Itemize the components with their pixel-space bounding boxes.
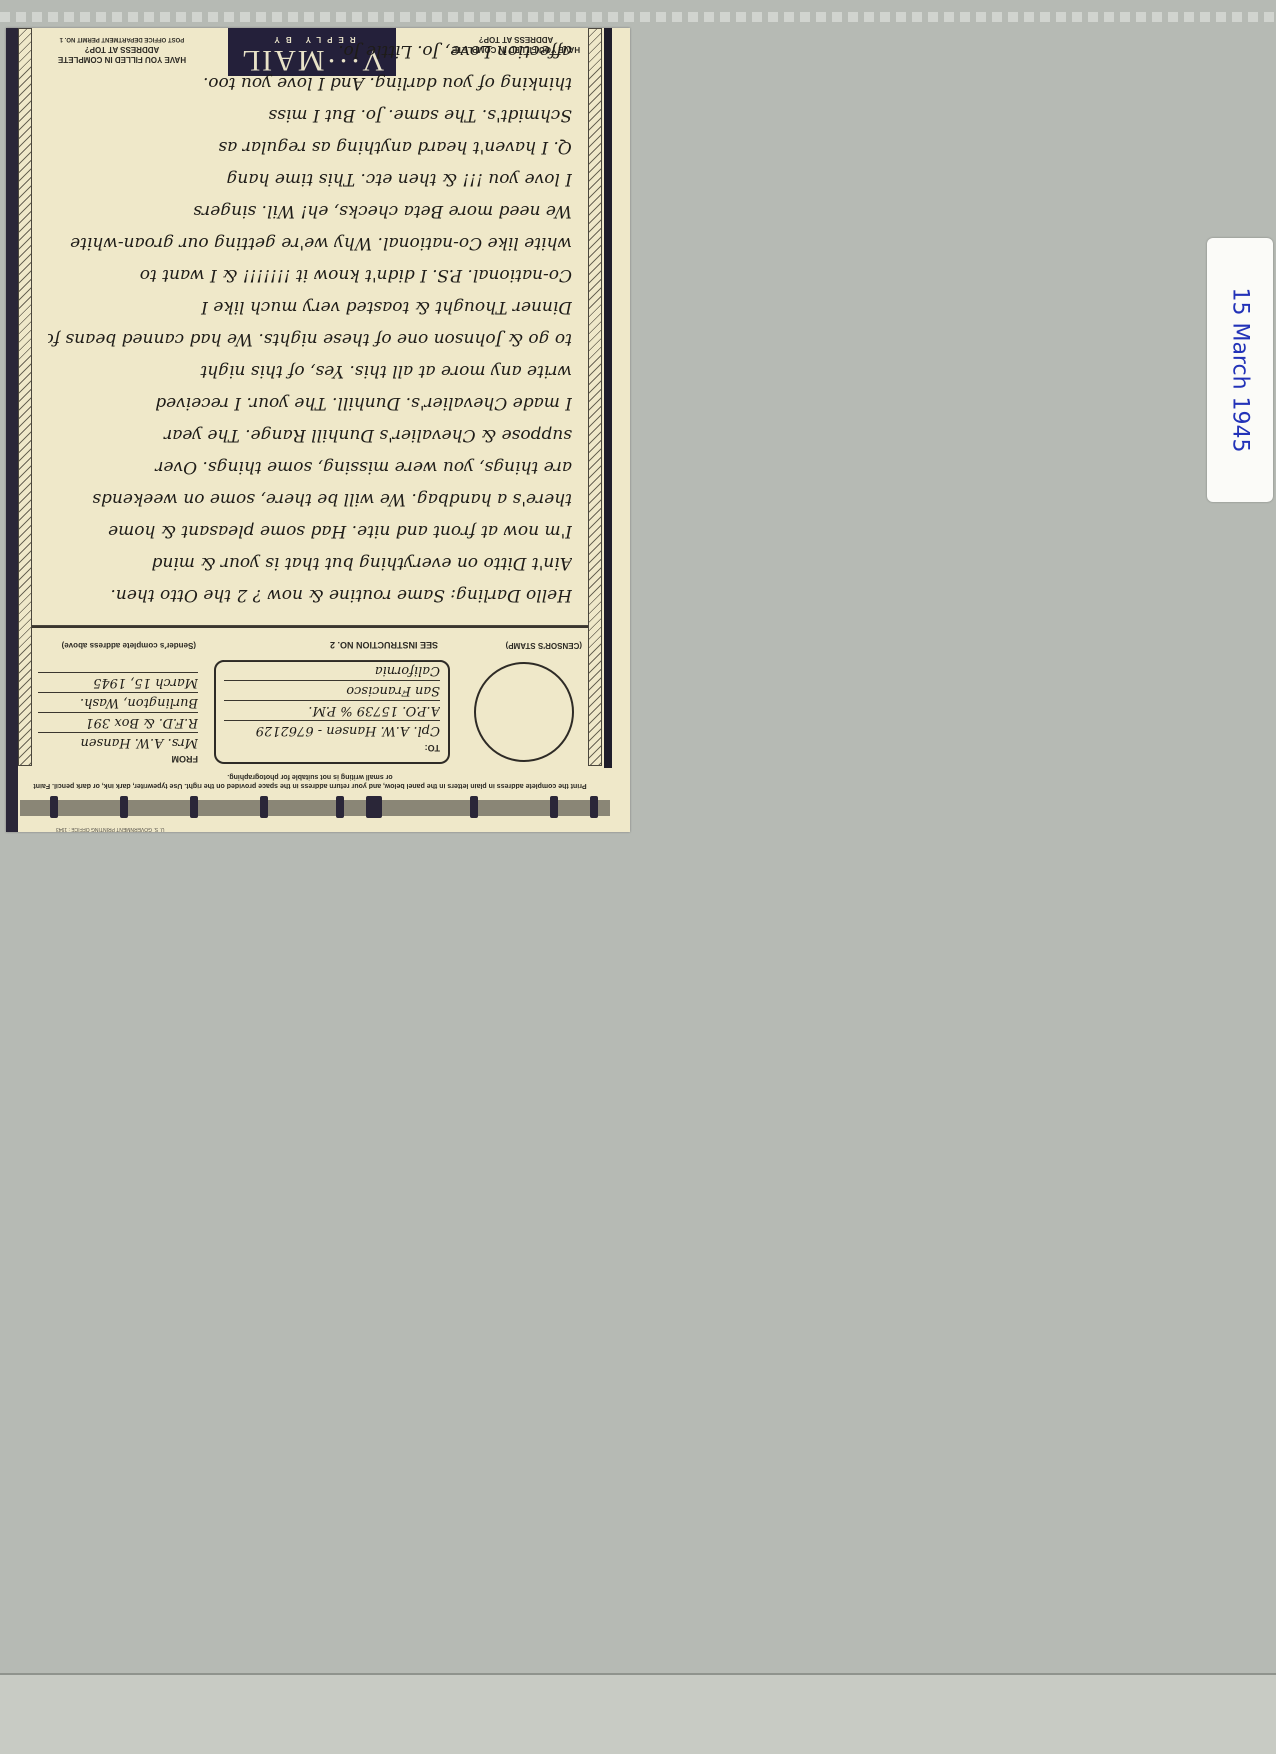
handwritten-line: We need more Beta checks, eh! Wil. singe…: [48, 195, 572, 227]
handwritten-line: Dinner Thought & toasted very much like …: [48, 291, 572, 323]
handwritten-line: affection Love, Jo. Little Jo.: [48, 35, 572, 67]
sender-line: Mrs. A.W. Hansen: [38, 732, 198, 752]
film-edge-left: [6, 28, 18, 832]
film-mark: [366, 796, 382, 818]
handwritten-line: I'm now at front and nite. Had some plea…: [48, 515, 572, 547]
handwritten-line: suppose & Chevalier's Dunhill Range. The…: [48, 419, 572, 451]
sender-address: FROM Mrs. A.W. Hansen R.F.D. & Box 391 B…: [38, 672, 198, 764]
handwritten-line: write any more at all this. Yes, of this…: [48, 355, 572, 387]
recipient-address-box: TO: Cpl. A.W. Hansen - 6762129 A.P.O. 15…: [214, 660, 450, 764]
hatched-border-left: [18, 28, 32, 766]
handwritten-date: 15 March 1945: [1228, 287, 1253, 452]
handwritten-body: Hello Darling: Same routine & now ? 2 th…: [32, 86, 588, 626]
recipient-line: California: [224, 660, 440, 680]
vmail-letter: HAVE YOU FILLED IN COMPLETE ADDRESS AT T…: [6, 28, 630, 832]
recipient-line: Cpl. A.W. Hansen - 6762129: [224, 720, 440, 740]
film-mark: [120, 796, 128, 818]
censor-stamp-circle: [474, 662, 574, 762]
to-label: TO:: [425, 743, 440, 753]
date-sticky-note: 15 March 1945: [1207, 238, 1273, 502]
sender-line: Burlington, Wash.: [38, 692, 198, 712]
sender-line: March 15, 1945: [38, 672, 198, 692]
film-edge-right: [604, 28, 612, 768]
handwritten-line: to go & Johnson one of these nights. We …: [48, 323, 572, 355]
see-instruction-label: SEE INSTRUCTION NO. 2: [330, 640, 438, 650]
handwritten-line: Schmidt's. The same. Jo. But I miss: [48, 99, 572, 131]
hatched-border-right: [588, 28, 602, 766]
censor-stamp-label: (CENSOR'S STAMP): [506, 641, 582, 650]
printing-office-line: U. S. GOVERNMENT PRINTING OFFICE : 1943: [56, 826, 165, 832]
film-mark: [550, 796, 558, 818]
film-mark: [50, 796, 58, 818]
film-mark: [336, 796, 344, 818]
handwritten-line: Ain't Ditto on everything but that is yo…: [48, 547, 572, 579]
printing-instructions: Print the complete address in plain lett…: [32, 768, 588, 790]
film-mark: [260, 796, 268, 818]
from-label: FROM: [38, 754, 198, 764]
address-panel: (CENSOR'S STAMP) TO: Cpl. A.W. Hansen - …: [32, 626, 588, 768]
sender-note: (Sender's complete address above): [62, 641, 196, 650]
film-mark: [470, 796, 478, 818]
handwritten-line: Hello Darling: Same routine & now ? 2 th…: [48, 579, 572, 611]
sheet-protector-perforation: [0, 12, 1276, 22]
scanner-bed-lower-area: [0, 1673, 1276, 1754]
handwritten-line: I love you !!! & then etc. This time han…: [48, 163, 572, 195]
recipient-line: A.P.O. 15739 % P.M.: [224, 700, 440, 720]
film-mark: [590, 796, 598, 818]
film-mark: [190, 796, 198, 818]
recipient-line: San Francisco: [224, 680, 440, 700]
handwritten-line: I made Chevalier's. Dunhill. The your. I…: [48, 387, 572, 419]
microfilm-strip: [20, 800, 610, 816]
sender-line: R.F.D. & Box 391: [38, 712, 198, 732]
handwritten-line: white like Co-national. Why we're gettin…: [48, 227, 572, 259]
handwritten-line: are things, you were missing, some thing…: [48, 451, 572, 483]
handwritten-line: thinking of you darling. And I love you …: [48, 67, 572, 99]
handwritten-line: Q. I haven't heard anything as regular a…: [48, 131, 572, 163]
handwritten-line: Co-national. P.S. I didn't know it !!!!!…: [48, 259, 572, 291]
handwritten-line: there's a handbag. We will be there, som…: [48, 483, 572, 515]
